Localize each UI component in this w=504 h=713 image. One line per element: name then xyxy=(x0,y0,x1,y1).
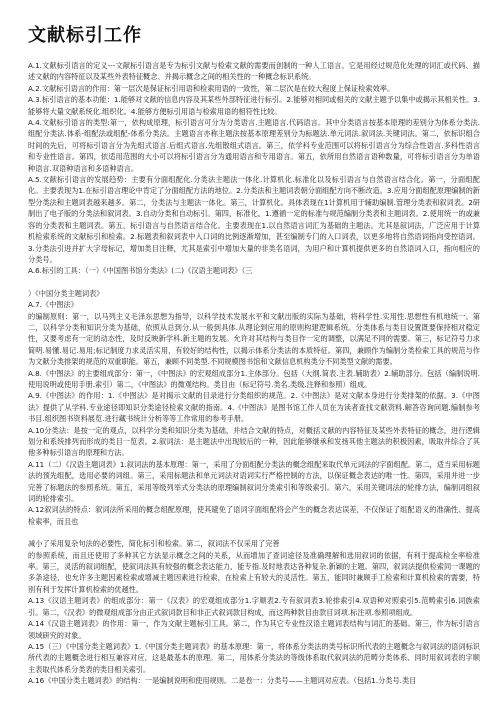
paragraph: A.3.标引语言的基本功能：1.能够对文献的信息内容及其某些外部特征进行标引。2… xyxy=(28,94,480,117)
document-page: 文献标引工作 A.1.文献标引语言的定义---文献标引语言是专为标引文献与检索文… xyxy=(0,0,504,687)
paragraph: A.1.文献标引语言的定义---文献标引语言是专为标引文献与检索文献的需要而创制… xyxy=(28,60,480,83)
paragraph: A.5.文献标引语言的发展趋势：主要有分面组配化.分类法主题法一体化.计算机化.… xyxy=(28,174,480,265)
paragraph: A.15（三）《中国分类主题词表》1.《中国分类主题词表》的基本原理：第一，将体… xyxy=(28,641,480,675)
paragraph: A.8.《中图法》的主要组成部分：第一，《中图法》的宏观组成部分1.主体部分。包… xyxy=(28,368,480,391)
paragraph: A.10分类法：是按一定的观点，以科学分类和知识分类为基础，并结合文献的特点，对… xyxy=(28,425,480,459)
paragraph: A.12叙词法的特点：叙词法所采用的概念组配原理，使其避免了语词字面组配将会产生… xyxy=(28,504,480,527)
document-title: 文献标引工作 xyxy=(28,26,480,46)
paragraph: 的参照系统，而且还使用了多种其它方法显示概念之间的关系，从而增加了查词途径及准确… xyxy=(28,550,480,596)
paragraph: A.14《汉语主题词表》的作用：第一，作为文献主题标引工具。第二，作为其它专业性… xyxy=(28,618,480,641)
paragraph: A.7.《中图法》 xyxy=(28,299,480,310)
paragraph: A.13《汉语主题词表》的组成部分：第一《汉表》的宏观组成部分1.字顺表2.专有… xyxy=(28,595,480,618)
paragraph: A.4.文献标引语言的类型:第一，依构成原理，标引语言可分为分类语言.主题语言.… xyxy=(28,117,480,174)
paragraph: A.2.文献标引语言的作用：第一层次是保证标引用语和检索用语的一致性，第二层次是… xyxy=(28,83,480,94)
paragraph: ）《中国分类主题词表》 xyxy=(28,288,480,299)
paragraph-gap xyxy=(28,277,480,288)
paragraph: 减小了采用复杂句法的必要性，简化标引和检索。第二，叙词法不仅采用了完善 xyxy=(28,538,480,549)
document-body: A.1.文献标引语言的定义---文献标引语言是专为标引文献与检索文献的需要而创制… xyxy=(28,60,480,687)
paragraph: A.6.标引的工具：（一）《中国图书馆分类法》(二)《汉语主题词表》（三 xyxy=(28,265,480,276)
paragraph: 的编制原则：第一，以马列主义毛泽东思想为指导，以科学技术发展水平和文献出版的实际… xyxy=(28,311,480,368)
paragraph: A.11（二）《汉语主题词表》1.叙词法的基本原理：第一，采用了分面组配分类法的… xyxy=(28,459,480,505)
paragraph: A.16《中国分类主题词表》的结构：一是编制说明和使用规则。二是卷一：分类号——… xyxy=(28,675,480,686)
paragraph: A.9.《中图法》的作用：1.《中图法》是对揭示文献的目录进行分类组织的规范。2… xyxy=(28,390,480,424)
paragraph-gap xyxy=(28,527,480,538)
